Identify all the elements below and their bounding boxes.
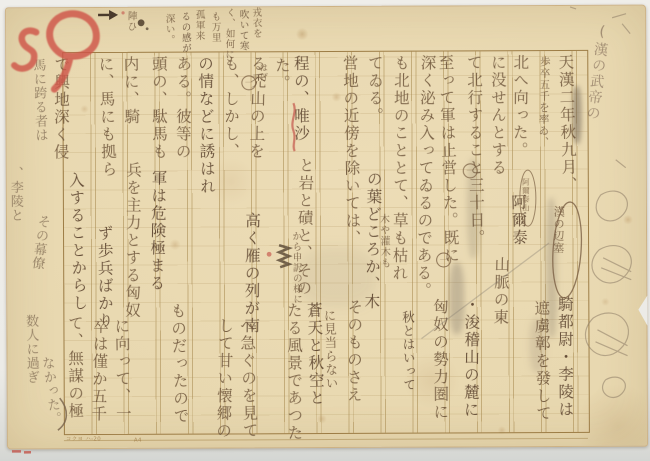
red-pencil-dashes bbox=[12, 451, 31, 452]
left-margin-note-3: 数人に過ぎ bbox=[24, 314, 38, 384]
printed-bottom-rule bbox=[64, 438, 588, 441]
torn-edge-notch bbox=[638, 296, 647, 326]
handwritten-text-layer: 天漢二年秋九月、騎都尉・李陵は歩卒五千を率ゐ、遮虜鄣を發して北へ向った。阿爾泰に… bbox=[6, 6, 645, 9]
scanned-manuscript-photo: { "manuscript": { "red_page_number": "39… bbox=[0, 0, 650, 461]
ink-blot bbox=[138, 19, 145, 26]
left-margin-note-1: 、李陵と bbox=[9, 166, 22, 222]
red-dot-mark bbox=[121, 11, 124, 14]
red-page-number: 39 bbox=[14, 14, 115, 134]
manuscript-paper: 天漢二年秋九月、騎都尉・李陵は歩卒五千を率ゐ、遮虜鄣を發して北へ向った。阿爾泰に… bbox=[5, 5, 648, 450]
top-margin-note-1: 吹いて寒 bbox=[238, 9, 248, 51]
ruled-grid-frame bbox=[62, 50, 590, 435]
circled-mark-0: 一 bbox=[241, 75, 256, 90]
top-margin-note-0: 戎衣を bbox=[251, 7, 261, 39]
printed-size-label: A4 bbox=[134, 437, 142, 443]
circled-insertion-marks: 一一一 bbox=[6, 6, 645, 9]
left-margin-note-2: その幕僚 bbox=[29, 214, 49, 271]
top-margin-note-5: るの感が bbox=[180, 11, 191, 53]
top-margin-note-3: も万里 bbox=[210, 11, 220, 43]
top-margin-note-7: 陣ひ bbox=[126, 11, 136, 32]
top-margin-note-4: 孤軍来 bbox=[194, 10, 204, 42]
top-margin-note-6: 深い。 bbox=[164, 14, 174, 46]
left-margin-note-4: なかった。 bbox=[39, 356, 61, 427]
printed-maker-label: コクヨ ハ-20 bbox=[66, 435, 101, 443]
ink-blot bbox=[146, 27, 149, 30]
circled-mark-1: 一 bbox=[463, 163, 478, 178]
circled-mark-2: 一 bbox=[436, 252, 451, 267]
